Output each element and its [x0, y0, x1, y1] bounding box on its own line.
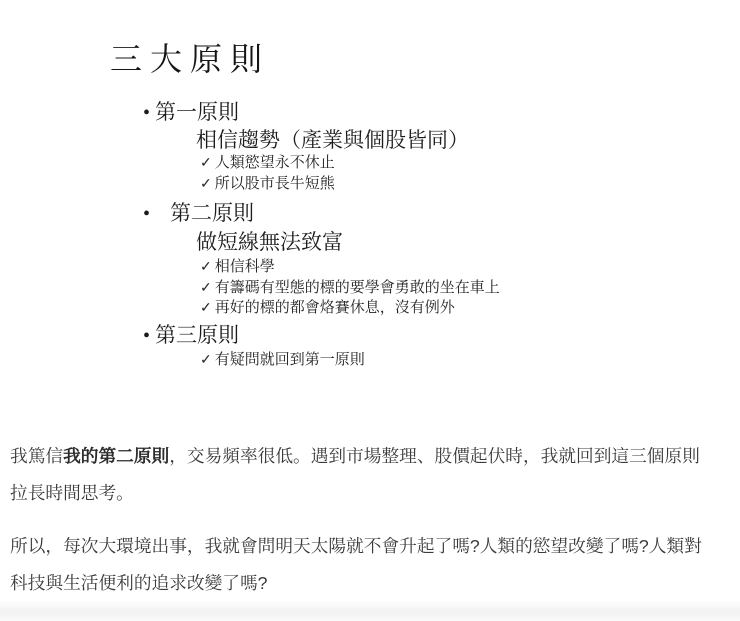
page: 三大原則 •第一原則 相信趨勢（產業與個股皆同） ✓人類慾望永不休止 ✓所以股市… [0, 0, 740, 621]
check-icon: ✓ [200, 177, 212, 192]
bullet-icon: • [143, 203, 150, 226]
check-item: ✓有疑問就回到第一原則 [200, 352, 365, 369]
check-item: ✓相信科學 [200, 259, 275, 276]
bullet-icon: • [143, 325, 150, 348]
principle-3-label: 第三原則 [155, 323, 239, 347]
paragraph-1-bold: 我的第二原則 [63, 446, 169, 466]
check-item: ✓再好的標的都會烙賽休息，沒有例外 [200, 300, 455, 317]
check-item: ✓有籌碼有型態的標的要學會勇敢的坐在車上 [200, 280, 500, 297]
slide-title: 三大原則 [110, 41, 270, 78]
principle-item-3: •第三原則 [143, 323, 239, 348]
check-text: 人類慾望永不休止 [215, 155, 335, 171]
principle-1-subtitle: 相信趨勢（產業與個股皆同） [196, 128, 469, 152]
footer-strip [0, 600, 740, 621]
principle-1-label: 第一原則 [155, 100, 239, 124]
bullet-icon: • [143, 102, 150, 125]
principle-2-subtitle: 做短線無法致富 [196, 230, 343, 254]
principle-item-1: •第一原則 [143, 100, 239, 125]
check-text: 有籌碼有型態的標的要學會勇敢的坐在車上 [215, 280, 500, 296]
check-icon: ✓ [200, 301, 212, 316]
check-text: 再好的標的都會烙賽休息，沒有例外 [215, 300, 455, 316]
check-icon: ✓ [200, 156, 212, 171]
check-icon: ✓ [200, 281, 212, 296]
check-text: 所以股市長牛短熊 [215, 176, 335, 192]
paragraph-1: 我篤信我的第二原則，交易頻率很低。遇到市場整理、股價起伏時，我就回到這三個原則拉… [10, 438, 712, 512]
paragraph-1-prefix: 我篤信 [10, 446, 63, 466]
principle-2-label: 第二原則 [170, 201, 254, 225]
check-icon: ✓ [200, 260, 212, 275]
paragraph-2: 所以，每次大環境出事，我就會問明天太陽就不會升起了嗎?人類的慾望改變了嗎?人類對… [10, 528, 712, 602]
slide-image: 三大原則 •第一原則 相信趨勢（產業與個股皆同） ✓人類慾望永不休止 ✓所以股市… [0, 0, 740, 432]
check-item: ✓所以股市長牛短熊 [200, 176, 335, 193]
principle-item-2: •第二原則 [143, 201, 254, 226]
check-text: 有疑問就回到第一原則 [215, 352, 365, 368]
check-text: 相信科學 [215, 259, 275, 275]
check-item: ✓人類慾望永不休止 [200, 155, 335, 172]
check-icon: ✓ [200, 353, 212, 368]
